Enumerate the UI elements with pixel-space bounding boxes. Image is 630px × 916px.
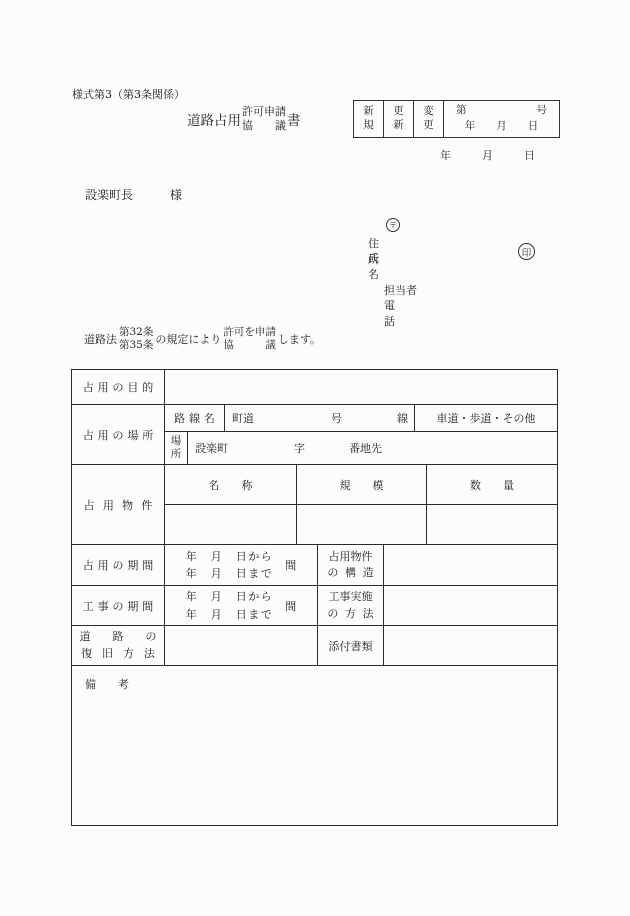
addressee-name: 設楽町長 xyxy=(85,186,133,203)
form-page: 様式第3（第3条関係） 道路占用 許可申請 協 議 書 新規 更新 変更 第 号… xyxy=(0,0,630,916)
location-label-cell: 場所 xyxy=(165,432,188,465)
form-title: 道路占用 許可申請 協 議 書 xyxy=(187,105,301,134)
remarks-cell: 備考 xyxy=(72,666,557,825)
work-period-label-cell: 工事の期間 xyxy=(72,586,165,626)
work-period-from: 年 月 日から xyxy=(186,588,274,605)
property-name-header-cell: 名称 xyxy=(165,465,297,505)
declaration-action-consult: 協 議 xyxy=(223,339,276,352)
purpose-label-cell: 占用の目的 xyxy=(72,370,165,405)
phone-label: 電話 xyxy=(384,297,417,329)
document-number-field: 第 号 xyxy=(456,103,547,119)
addressee-honorific: 様 xyxy=(170,186,182,203)
status-option-change: 変更 xyxy=(414,101,444,137)
declaration-action-permit: 許可を申請 xyxy=(223,326,276,339)
structure-value-cell xyxy=(384,545,557,586)
structure-label-cell: 占用物件 の構造 xyxy=(318,545,384,586)
submission-date-field: 年 月 日 xyxy=(440,147,538,163)
style-reference: 様式第3（第3条関係） xyxy=(72,86,185,102)
restoration-label-cell: 道路の 復旧方法 xyxy=(72,626,165,666)
occupation-period-to: 年 月 日まで xyxy=(186,565,274,582)
status-option-new: 新規 xyxy=(354,101,384,137)
declaration-prefix: 道路法 xyxy=(84,331,117,347)
route-name-value-cell: 町道 号 線 xyxy=(225,405,415,432)
property-name-value-cell xyxy=(165,505,297,545)
form-title-consult-line: 協 議 xyxy=(242,119,286,133)
property-label-cell: 占用物件 xyxy=(72,465,165,545)
work-period-to: 年 月 日まで xyxy=(186,606,274,623)
restoration-value-cell xyxy=(165,626,318,666)
status-option-renew: 更新 xyxy=(384,101,414,137)
attachments-label-cell: 添付書類 xyxy=(318,626,384,666)
form-title-permit-line: 許可申請 xyxy=(242,105,286,119)
method-label-cell: 工事実施 の方法 xyxy=(318,586,384,626)
status-number-date: 第 号 年 月 日 xyxy=(444,101,559,137)
remarks-label: 備考 xyxy=(85,676,151,692)
occupation-period-span: 間 xyxy=(285,557,296,573)
contact-person-label: 担当者 xyxy=(384,282,417,298)
occupation-period-label-cell: 占用の期間 xyxy=(72,545,165,586)
status-box: 新規 更新 変更 第 号 年 月 日 xyxy=(353,100,560,138)
article-32: 第32条 xyxy=(119,326,153,339)
purpose-value-cell xyxy=(165,370,557,405)
occupation-period-value-cell: 年 月 日から 年 月 日まで 間 xyxy=(165,545,318,586)
property-quantity-header-cell: 数量 xyxy=(427,465,557,505)
declaration-suffix: します。 xyxy=(278,331,321,347)
route-name-label-cell: 路線名 xyxy=(165,405,225,432)
property-scale-value-cell xyxy=(297,505,427,545)
declaration-middle: の規定により xyxy=(155,331,221,347)
article-35: 第35条 xyxy=(119,339,153,352)
property-quantity-value-cell xyxy=(427,505,557,545)
postal-mark-icon: 〒 xyxy=(386,218,400,232)
application-table: 占用の目的 占用の場所 路線名 町道 号 線 車道・歩道・その他 場所 設楽町 … xyxy=(71,369,558,826)
work-period-value-cell: 年 月 日から 年 月 日まで 間 xyxy=(165,586,318,626)
form-title-suffix: 書 xyxy=(287,109,301,129)
occupation-period-from: 年 月 日から xyxy=(186,548,274,565)
location-value-cell: 設楽町 字 番地先 xyxy=(188,432,557,465)
place-label-cell: 占用の場所 xyxy=(72,405,165,465)
addressee-line: 設楽町長 様 xyxy=(85,186,182,203)
declaration-line: 道路法 第32条 第35条 の規定により 許可を申請 協 議 します。 xyxy=(84,326,321,352)
seal-mark-icon: 印 xyxy=(518,243,535,260)
road-type-cell: 車道・歩道・その他 xyxy=(415,405,557,432)
work-period-span: 間 xyxy=(285,598,296,614)
method-value-cell xyxy=(384,586,557,626)
attachments-value-cell xyxy=(384,626,557,666)
form-title-prefix: 道路占用 xyxy=(187,109,241,129)
status-date-field: 年 月 日 xyxy=(456,119,552,135)
property-scale-header-cell: 規模 xyxy=(297,465,427,505)
name-label: 氏名 xyxy=(368,250,401,282)
